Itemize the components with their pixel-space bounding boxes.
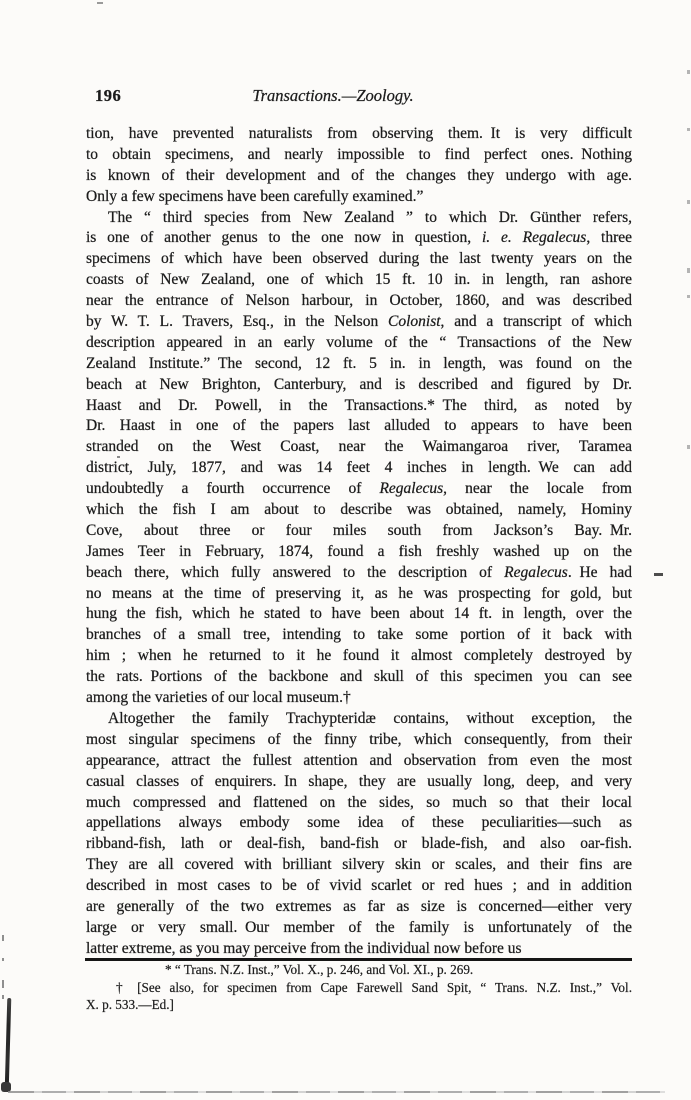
footnote-asterisk: * “ Trans. N.Z. Inst.,” Vol. X., p. 246,… <box>86 961 632 979</box>
body-line: appearance, attract the fullest attentio… <box>86 751 632 772</box>
body-line: him ; when he returned to it he found it… <box>86 646 632 667</box>
scan-artifact-right-tick <box>687 70 690 74</box>
scan-artifact-right-tick <box>687 445 690 449</box>
body-line: among the varieties of our local museum.… <box>86 688 632 709</box>
footnotes: * “ Trans. N.Z. Inst.,” Vol. X., p. 246,… <box>86 961 632 1014</box>
scan-artifact-right-dash <box>654 573 663 576</box>
body-line: The “ third species from New Zealand ” t… <box>86 208 632 229</box>
footnote-dagger-line1: † [See also, for specimen from Cape Fare… <box>86 979 632 997</box>
body-line: Cove, about three or four miles south fr… <box>86 521 632 542</box>
body-line: undoubtedly a fourth occurrence of Regal… <box>86 479 632 500</box>
body-line: is one of another genus to the one now i… <box>86 228 632 249</box>
body-line: Zealand Institute.” The second, 12 ft. 5… <box>86 354 632 375</box>
running-title: Transactions.—Zoology. <box>86 86 632 106</box>
scan-artifact-right-tick <box>687 200 690 204</box>
scan-artifact-left-tick <box>2 995 4 999</box>
scan-artifact-binding-streak <box>5 998 12 1090</box>
body-line: hung the fish, which he stated to have b… <box>86 604 632 625</box>
body-line: no means at the time of preserving it, a… <box>86 584 632 605</box>
scan-artifact-ink-dot <box>117 456 120 458</box>
body-line: which the fish I am about to describe wa… <box>86 500 632 521</box>
body-line: to obtain specimens, and nearly impossib… <box>86 145 632 166</box>
scan-artifact-right-tick <box>687 128 690 131</box>
body-line: are generally of the two extremes as far… <box>86 897 632 918</box>
body-line: beach at New Brighton, Canterbury, and i… <box>86 375 632 396</box>
body-line: much compressed and flattened on the sid… <box>86 793 632 814</box>
scan-artifact-bottom-edge <box>8 1091 665 1093</box>
scan-artifact-right-tick <box>687 295 690 298</box>
body-line: district, July, 1877, and was 14 feet 4 … <box>86 458 632 479</box>
scan-artifact-right-tick <box>687 268 690 273</box>
footnote-dagger-line2: X. p. 533.—Ed.] <box>86 996 632 1014</box>
body-line: Altogether the family Trachypteridæ cont… <box>86 709 632 730</box>
body-line: casual classes of enquirers. In shape, t… <box>86 772 632 793</box>
body-line: They are all covered with brilliant silv… <box>86 855 632 876</box>
body-line: large or very small. Our member of the f… <box>86 918 632 939</box>
body-text: tion, have prevented naturalists from ob… <box>86 124 632 960</box>
scan-artifact-top-mark <box>97 2 103 4</box>
scanned-page: 196 Transactions.—Zoology. tion, have pr… <box>0 0 691 1100</box>
body-line: specimens of which have been observed du… <box>86 249 632 270</box>
body-line: Dr. Haast in one of the papers last allu… <box>86 416 632 437</box>
body-line: most singular specimens of the finny tri… <box>86 730 632 751</box>
body-line: Haast and Dr. Powell, in the Transaction… <box>86 396 632 417</box>
body-line: description appeared in an early volume … <box>86 333 632 354</box>
body-line: tion, have prevented naturalists from ob… <box>86 124 632 145</box>
scan-artifact-left-tick <box>2 980 4 988</box>
body-line: the rats. Portions of the backbone and s… <box>86 667 632 688</box>
body-line: beach there, which fully answered to the… <box>86 563 632 584</box>
body-line: branches of a small tree, intending to t… <box>86 625 632 646</box>
body-line: appellations always embody some idea of … <box>86 813 632 834</box>
body-line: near the entrance of Nelson harbour, in … <box>86 291 632 312</box>
body-line: James Teer in February, 1874, found a fi… <box>86 542 632 563</box>
scan-artifact-left-tick <box>2 958 4 961</box>
body-line: described in most cases to be of vivid s… <box>86 876 632 897</box>
scan-artifact-left-tick <box>2 935 4 941</box>
body-line: Only a few specimens have been carefully… <box>86 187 632 208</box>
body-line: stranded on the West Coast, near the Wai… <box>86 437 632 458</box>
body-line: is known of their development and of the… <box>86 166 632 187</box>
body-line: latter extreme, as you may perceive from… <box>86 939 632 960</box>
body-line: coasts of New Zealand, one of which 15 f… <box>86 270 632 291</box>
body-line: ribband-fish, lath or deal-fish, band-fi… <box>86 834 632 855</box>
body-line: by W. T. L. Travers, Esq., in the Nelson… <box>86 312 632 333</box>
page-header: 196 Transactions.—Zoology. <box>86 86 632 108</box>
